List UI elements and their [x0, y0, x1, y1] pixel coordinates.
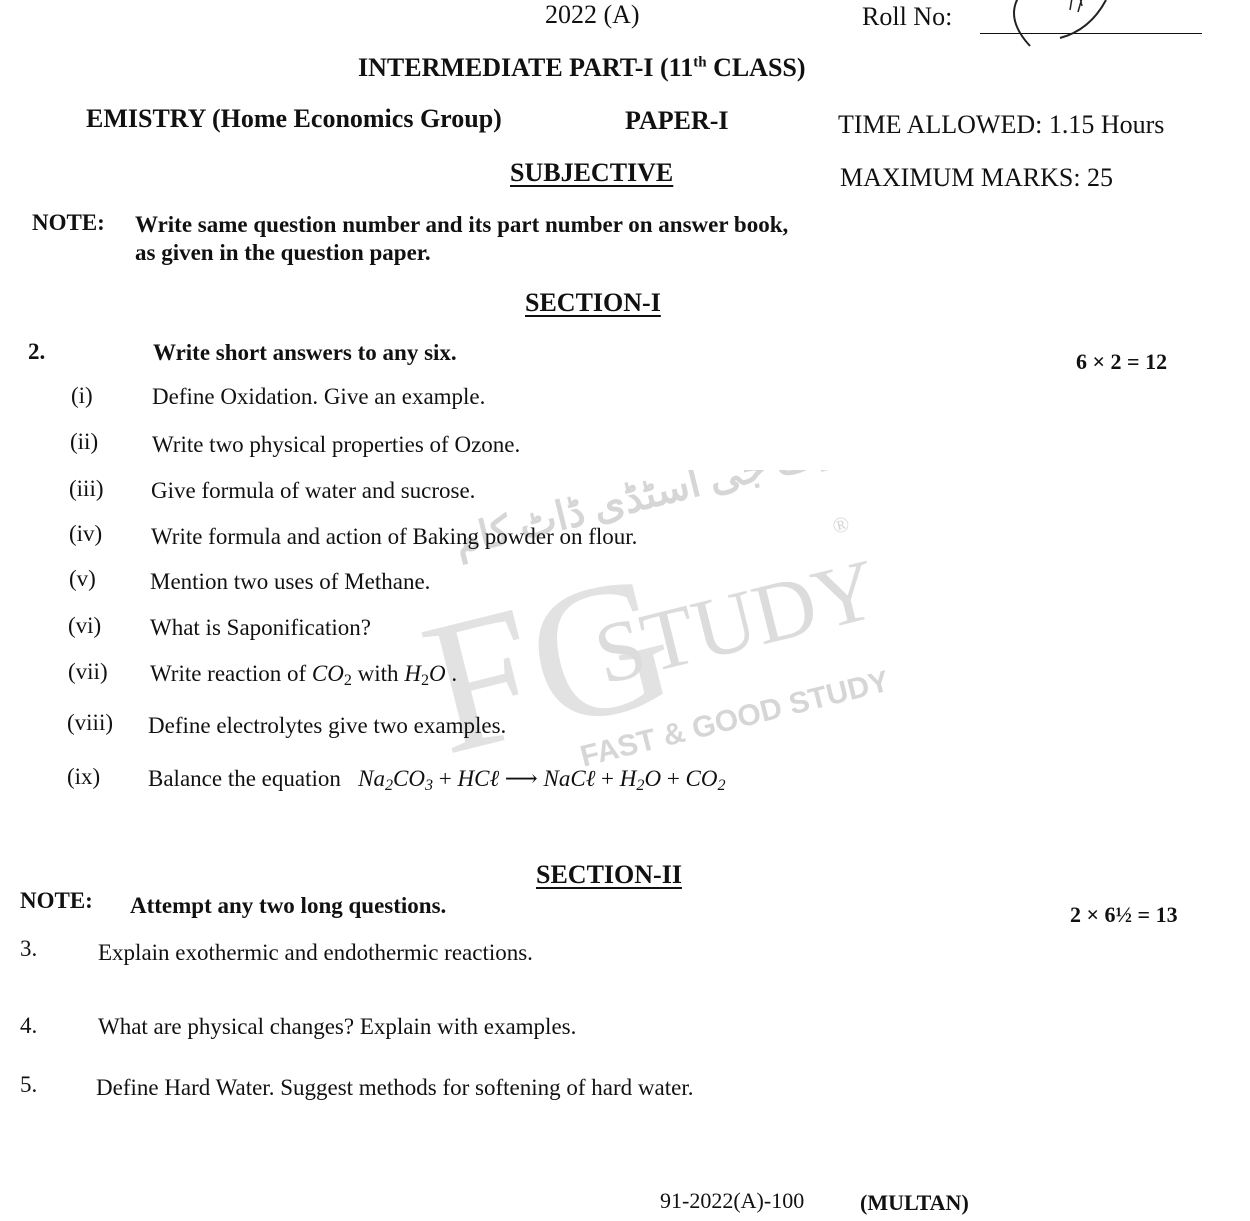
note-label: NOTE: [32, 210, 105, 236]
paper-code: 91-2022(A)-100 [660, 1188, 804, 1214]
part-number: (vii) [68, 659, 108, 685]
section-1-marks: 6 × 2 = 12 [1076, 349, 1167, 375]
part-number: (i) [71, 383, 93, 409]
section-2-heading: SECTION-II [536, 860, 682, 890]
board-name: (MULTAN) [860, 1190, 969, 1216]
max-marks: MAXIMUM MARKS: 25 [840, 163, 1113, 193]
section-2-marks: 2 × 6½ = 13 [1070, 902, 1178, 928]
part-text: Mention two uses of Methane. [150, 569, 430, 595]
part-text: Write formula and action of Baking powde… [151, 524, 637, 550]
question-2-instruction: Write short answers to any six. [153, 340, 457, 366]
part-number: (iv) [69, 521, 102, 547]
note-line-2: as given in the question paper. [135, 240, 431, 266]
subject: EMISTRY (Home Economics Group) [86, 104, 502, 134]
part-text: Define electrolytes give two examples. [148, 713, 506, 739]
part-text: Write reaction of CO2 with H2O . [150, 661, 457, 690]
question-text: Explain exothermic and endothermic react… [98, 940, 533, 966]
question-number: 4. [20, 1013, 37, 1039]
question-2-number: 2. [28, 339, 45, 365]
part-text: Define Oxidation. Give an example. [152, 384, 485, 410]
part-number: (ii) [70, 429, 98, 455]
roll-label: Roll No: [862, 2, 952, 32]
paper-number: PAPER-I [625, 106, 729, 136]
part-number: (ix) [67, 764, 100, 790]
handwritten-roll-number [1010, 0, 1110, 50]
question-number: 3. [20, 936, 37, 962]
svg-text:FAST & GOOD STUDY: FAST & GOOD STUDY [577, 665, 890, 770]
svg-text:®: ® [830, 511, 852, 539]
question-number: 5. [20, 1072, 37, 1098]
svg-text:ایف جی اسٹڈی ڈاٹ کام: ایف جی اسٹڈی ڈاٹ کام [450, 470, 843, 566]
svg-text:STUDY: STUDY [585, 540, 886, 703]
part-number: (vi) [68, 613, 101, 639]
part-text: Balance the equation Na2CO3 + HCℓ ⟶ NaCℓ… [148, 766, 726, 795]
question-text: Define Hard Water. Suggest methods for s… [96, 1075, 693, 1101]
exam-year: 2022 (A) [545, 0, 640, 30]
section-2-note-label: NOTE: [20, 888, 93, 914]
part-number: (viii) [67, 710, 113, 736]
part-number: (v) [69, 566, 96, 592]
chemical-equation: Na2CO3 + HCℓ ⟶ NaCℓ + H2O + CO2 [358, 766, 725, 791]
section-1-heading: SECTION-I [525, 288, 661, 318]
question-text: What are physical changes? Explain with … [98, 1014, 576, 1040]
part-text: What is Saponification? [150, 615, 371, 641]
section-2-instruction: Attempt any two long questions. [130, 893, 446, 919]
paper-type: SUBJECTIVE [510, 158, 673, 188]
part-number: (iii) [69, 476, 104, 502]
exam-title: INTERMEDIATE PART-I (11th CLASS) [358, 53, 806, 83]
time-allowed: TIME ALLOWED: 1.15 Hours [838, 110, 1164, 140]
part-text: Give formula of water and sucrose. [151, 478, 475, 504]
note-line-1: Write same question number and its part … [135, 212, 788, 238]
part-text: Write two physical properties of Ozone. [152, 432, 520, 458]
